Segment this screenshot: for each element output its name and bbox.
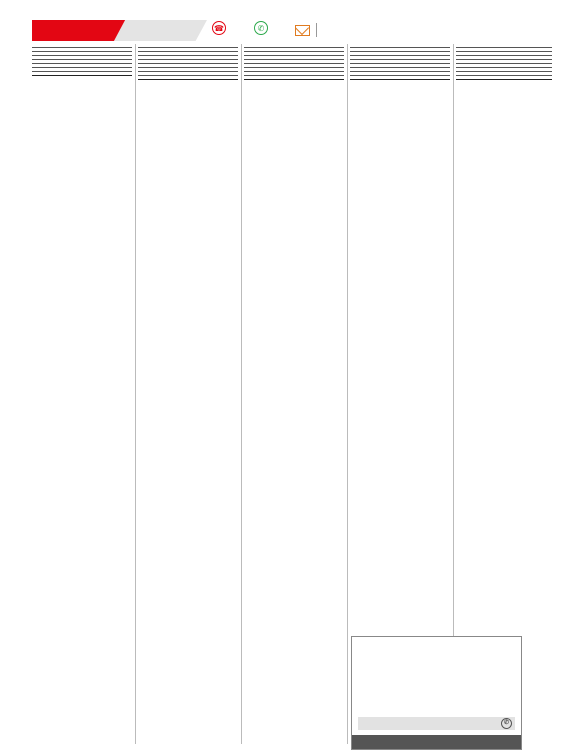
classified-ad [456,76,552,80]
promo-footer [352,735,521,749]
phone-icon: ☎ [212,21,226,35]
promo-subtitle [352,681,521,689]
classified-ad [244,76,344,80]
whatsapp-icon: ✆ [501,718,512,729]
customer-service-contact: ☎ [212,21,229,35]
whatsapp-contact: ✆ [254,21,271,35]
classified-ad [32,72,132,76]
promo-phone: ✆ [358,717,515,730]
header-grey-band [112,20,207,41]
classified-ad [138,76,238,80]
email-contact [295,23,317,37]
classified-ad [350,76,450,80]
subscriber-promo-box: ✆ [351,636,522,750]
envelope-icon [295,25,310,36]
column-2 [138,44,238,744]
page-header: ☎ ✆ [0,20,580,44]
column-1 [32,44,132,744]
section-title [32,20,125,41]
whatsapp-icon: ✆ [254,21,268,35]
column-3 [244,44,344,744]
